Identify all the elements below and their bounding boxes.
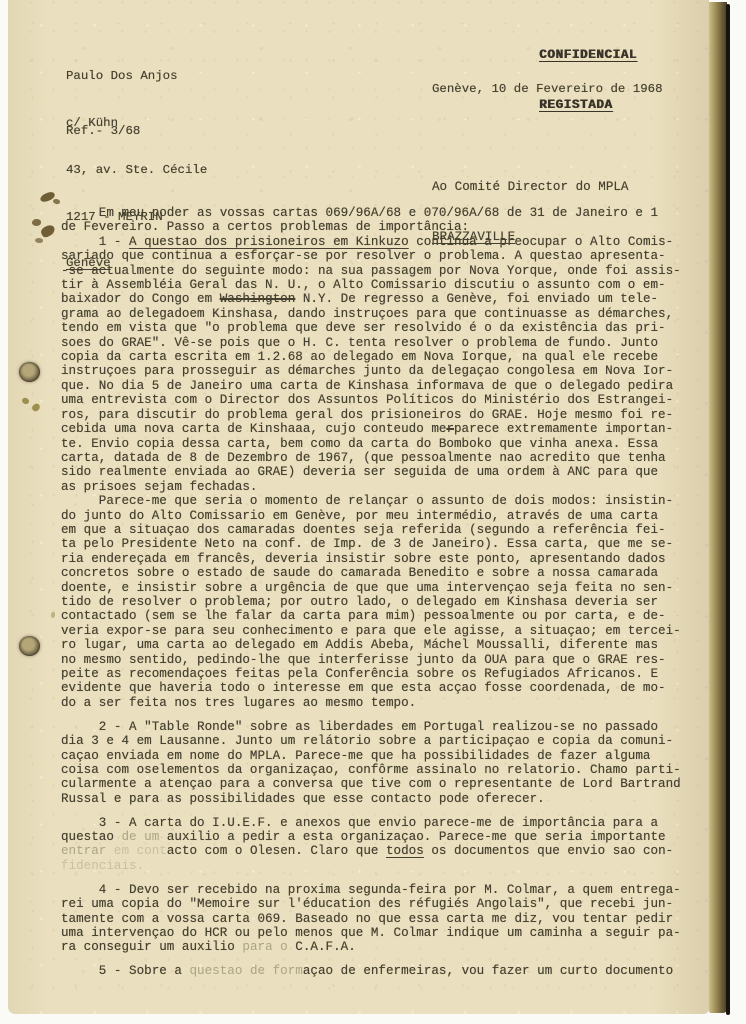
text-segment: ro lugar, uma carta ao delegado em Addis… [61,638,658,652]
text-segment: copia da carta escrita em 1.2.68 ao dele… [61,350,658,364]
text-segment [106,844,114,858]
text-segment: em que a situaçao dos camaradas doentes … [61,523,666,537]
body-line: caçao enviada em nome do MPLA. Parece-me… [61,749,709,763]
body-line: concretos sobre o estado de saude do cam… [61,566,709,580]
faded-text: entrar [61,844,106,858]
body-line: 3 - A carta do I.U.E.F. e anexos que env… [61,816,709,830]
text-segment: os documentos que envio sao con- [424,844,673,858]
text-segment: parece extremamente importan- [454,422,673,436]
paragraph: 5 - Sobre a questao de formaçao de enfer… [61,964,709,978]
body-line: tamente com a vossa carta 069. Baseado n… [61,912,709,926]
text-segment: as prisoes sejam fechadas. [61,480,258,494]
body-line: copia da carta escrita em 1.2.68 ao dele… [61,350,709,364]
text-segment: do junto do Alto Comissario em Genève, p… [61,509,658,523]
text-segment: peite as recomendaçoes feitas pela Confe… [61,667,658,681]
text-segment: veria expor-se para seu conhecimento e p… [61,624,681,638]
text-segment: açao de enfermeiras, vou fazer um curto … [303,964,673,978]
hole-punch [19,636,40,656]
text-segment: 5 - Sobre a [61,964,189,978]
body-line: tido de resolver o problema; por outro l… [61,595,709,609]
text-segment: de Fevereiro. Passo a certos problemas d… [61,220,469,234]
body-line: doente, e insistir sobre a urgência de q… [61,581,709,595]
text-segment: sido realmente enviada ao GRAE) deveria … [61,465,658,479]
text-segment: N.Y. De regresso a Genève, foi enviado u… [295,292,658,306]
text-segment: 2 - A "Table Ronde" sobre as liberdades … [61,720,658,734]
dateline: Genève, 10 de Fevereiro de 1968 [432,82,663,96]
confidential-stamp: CONFIDENCIAL REGISTADA [539,14,637,146]
letter-body: Em meu poder as vossas cartas 069/96A/68… [61,206,709,979]
text-segment: tir à Assembléia Geral das N. U., o Alto… [61,278,666,292]
body-line: uma intervençao do HCR ou pelo menos que… [61,926,709,940]
recipient-line: Ao Comité Director do MPLA [432,179,629,196]
body-line: 5 - Sobre a questao de formaçao de enfer… [61,964,709,978]
body-line: do a ser feita nos tres lugares ao mesmo… [61,696,709,710]
body-line: entrar em contacto com o Olesen. Claro q… [61,844,709,858]
ink-smudge [51,612,55,618]
body-line: cebida uma nova carta de Kinshaaa, cujo … [61,422,709,436]
text-segment: carta, datada de 8 de Dezembro de 1967, … [61,451,666,465]
text-segment: 3 - A carta do I.U.E.F. e anexos que env… [61,816,658,830]
text-segment: do a ser feita nos tres lugares ao mesmo… [61,696,416,710]
sender-line: 43, av. Ste. Cécile [66,163,207,179]
ink-smudge [39,223,56,239]
stamp-registada: REGISTADA [539,97,637,114]
body-line: dia 3 e 4 em Lausanne. Junto um relátori… [61,734,709,748]
body-line: instruçoes para prosseguir as démarches … [61,364,709,378]
body-line: soes do GRAE". Vê-se pois que o H. C. te… [61,336,709,350]
underlined-text: A questao dos prisioneiros em Kinkuzo [129,235,409,249]
paper-edge-shadow [726,4,730,1015]
body-line: 2 - A "Table Ronde" sobre as liberdades … [61,720,709,734]
text-segment: dia 3 e 4 em Lausanne. Junto um relátori… [61,734,673,748]
text-segment: baixador do Congo em [61,292,220,306]
underlined-text: todos [386,844,424,858]
body-line: questao de um auxilio a pedir a esta org… [61,830,709,844]
body-line: tir à Assembléia Geral das N. U., o Alto… [61,278,709,292]
text-segment: tamente com a vossa carta 069. Baseado n… [61,912,673,926]
text-segment: ros, para discutir do problema geral dos… [61,408,673,422]
ink-smudge [31,403,41,413]
body-line: Russal e para as possibilidades que esse… [61,792,709,806]
body-line: no mesmo sentido, pedindo-lhe que interf… [61,653,709,667]
body-line: 1 - A questao dos prisioneiros em Kinkuz… [61,235,709,249]
text-segment: te. Envio copia dessa carta, bem como da… [61,437,658,451]
paragraph: Parece-me que seria o momento de relança… [61,494,709,710]
text-segment: caçao enviada em nome do MPLA. Parece-me… [61,749,650,763]
paragraph: Em meu poder as vossas cartas 069/96A/68… [61,206,709,235]
text-segment: 1 - [61,235,129,249]
text-segment: que. No dia 5 de Janeiro uma carta de Ki… [61,379,673,393]
body-line: sido realmente enviada ao GRAE) deveria … [61,465,709,479]
body-line: que. No dia 5 de Janeiro uma carta de Ki… [61,379,709,393]
reference-number: Ref.- 3/68 [66,124,140,138]
text-segment: no mesmo sentido, pedindo-lhe que interf… [61,653,666,667]
body-line: ta pelo Presidente Neto na conf. de Imp.… [61,537,709,551]
body-line: 4 - Devo ser recebido na proxima segunda… [61,883,709,897]
body-line: Parece-me que seria o momento de relança… [61,494,709,508]
body-line: ro lugar, uma carta ao delegado em Addis… [61,638,709,652]
body-line: evidente que haveria todo o interesse em… [61,681,709,695]
body-line: do junto do Alto Comissario em Genève, p… [61,509,709,523]
text-segment: -se actualmente do seguinte modo: na sua… [61,264,681,278]
text-segment: uma intervençao do HCR ou pelo menos que… [61,926,681,940]
body-line: de Fevereiro. Passo a certos problemas d… [61,220,709,234]
body-line: as prisoes sejam fechadas. [61,480,709,494]
body-line: carta, datada de 8 de Dezembro de 1967, … [61,451,709,465]
text-segment: doente, e insistir sobre a urgência de q… [61,581,673,595]
body-line: ros, para discutir do problema geral dos… [61,408,709,422]
body-line: Em meu poder as vossas cartas 069/96A/68… [61,206,709,220]
body-line: peite as recomendaçoes feitas pela Confe… [61,667,709,681]
paper-sheet: CONFIDENCIAL REGISTADA Paulo Dos Anjos c… [8,0,709,1014]
paragraph: 2 - A "Table Ronde" sobre as liberdades … [61,720,709,806]
faded-text: fidenciais. [61,859,144,873]
body-line: cularmente a atençao para a conversa que… [61,777,709,791]
text-segment: ra conseguir um auxilio [61,940,242,954]
text-segment: continua a preocupar o Alto Comis- [409,235,674,249]
body-line: fidenciais. [61,859,709,873]
body-line: te. Envio copia dessa carta, bem como da… [61,437,709,451]
text-segment: cebida uma nova carta de Kinshaaa, cujo … [61,422,446,436]
paragraph: 3 - A carta do I.U.E.F. e anexos que env… [61,816,709,874]
ink-smudge [21,396,30,405]
ink-smudge [52,198,60,205]
body-line: baixador do Congo em Washington N.Y. De … [61,292,709,306]
text-segment: contactado (sem se lhe falar da carta pa… [61,609,666,623]
body-line: ria endereçada em francês, deveria insis… [61,552,709,566]
body-line: veria expor-se para seu conhecimento e p… [61,624,709,638]
ink-smudge [35,237,44,244]
text-segment: cularmente a atençao para a conversa que… [61,777,681,791]
faded-text: questao de form [189,964,302,978]
text-segment: 4 - Devo ser recebido na proxima segunda… [61,883,681,897]
text-segment: soes do GRAE". Vê-se pois que o H. C. te… [61,336,658,350]
paragraph: 1 - A questao dos prisioneiros em Kinkuz… [61,235,709,494]
body-line: coisa com oselementos da organizaçao, co… [61,763,709,777]
text-segment: coisa com oselementos da organizaçao, co… [61,763,681,777]
body-line: em que a situaçao dos camaradas doentes … [61,523,709,537]
text-segment: uma entrevista com o Director dos Assunt… [61,393,673,407]
body-line: tendo em vista que "o problema que deve … [61,321,709,335]
sender-name: Paulo Dos Anjos [66,69,207,85]
struck-text: Washington [220,292,296,306]
body-line: -se actualmente do seguinte modo: na sua… [61,264,709,278]
text-segment: ria endereçada em francês, deveria insis… [61,552,666,566]
paper-edge [709,2,727,1013]
text-segment: Em meu poder as vossas cartas 069/96A/68… [61,206,658,220]
faded-text: para o [242,940,287,954]
text-segment: ta pelo Presidente Neto na conf. de Imp.… [61,537,673,551]
text-segment: rei uma copia do "Memoire sur l'éducatio… [61,897,673,911]
hole-punch [19,362,40,382]
struck-text: r [446,422,454,436]
body-line: uma entrevista com o Director dos Assunt… [61,393,709,407]
faded-text: de um [121,830,159,844]
ink-smudge [31,218,41,226]
text-segment: Russal e para as possibilidades que esse… [61,792,545,806]
body-line: rei uma copia do "Memoire sur l'éducatio… [61,897,709,911]
text-segment: evidente que haveria todo o interesse em… [61,681,666,695]
text-segment: questao [61,830,121,844]
body-line: sariado que continua a esforçar-se por r… [61,249,709,263]
text-segment: acto com o Olesen. Claro que [167,844,386,858]
paragraph: 4 - Devo ser recebido na proxima segunda… [61,883,709,955]
faded-text: em cont [114,844,167,858]
body-line: contactado (sem se lhe falar da carta pa… [61,609,709,623]
text-segment: tendo em vista que "o problema que deve … [61,321,666,335]
text-segment: auxilio a pedir a esta organizaçao. Pare… [159,830,665,844]
text-segment: sariado que continua a esforçar-se por r… [61,249,666,263]
body-line: grama ao delegadoem Kinshasa, dando inst… [61,307,709,321]
text-segment: instruçoes para prosseguir as démarches … [61,364,673,378]
body-line: ra conseguir um auxilio para o C.A.F.A. [61,940,709,954]
text-segment: concretos sobre o estado de saude do cam… [61,566,658,580]
text-segment: tido de resolver o problema; por outro l… [61,595,658,609]
text-segment: grama ao delegadoem Kinshasa, dando inst… [61,307,673,321]
text-segment: C.A.F.A. [288,940,356,954]
stamp-confidencial: CONFIDENCIAL [539,47,637,64]
scanned-letter: CONFIDENCIAL REGISTADA Paulo Dos Anjos c… [0,0,746,1024]
text-segment: Parece-me que seria o momento de relança… [61,494,673,508]
